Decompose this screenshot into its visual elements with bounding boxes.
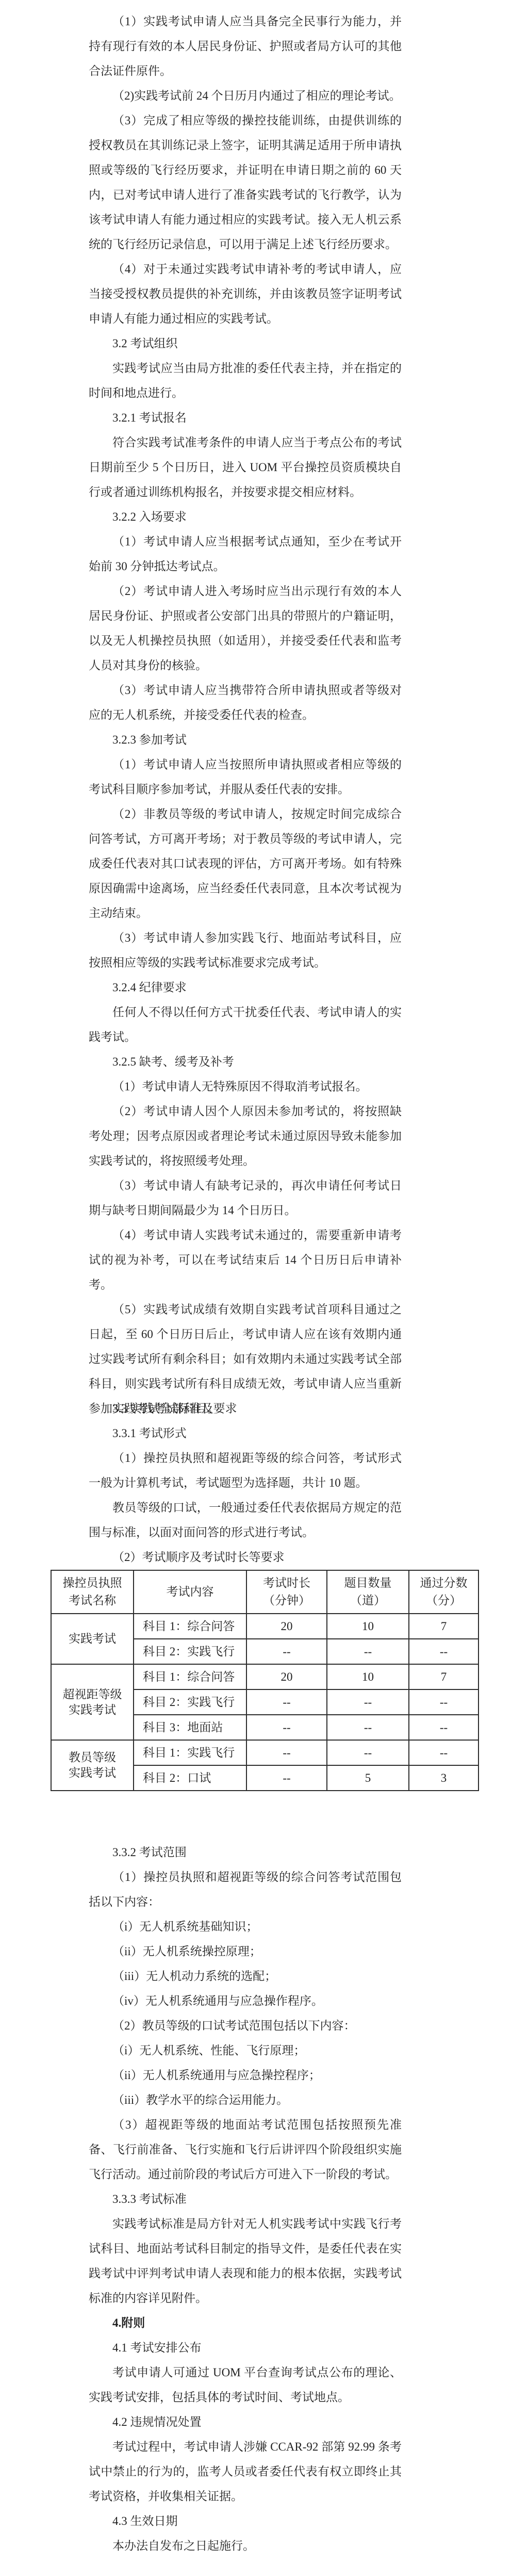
- exam-group-name: 超视距等级 实践考试: [51, 1664, 134, 1740]
- paragraph: 考试申请人可通过 UOM 平台查询考试点公布的理论、实践考试安排，包括具体的考试…: [89, 2360, 402, 2410]
- list-item: （ii）无人机系统通用与应急操控程序；: [89, 2063, 402, 2088]
- header-exam-duration: 考试时长 （分钟）: [246, 1570, 327, 1614]
- section-ground-station-scope: （3）超视距等级的地面站考试范围包括按照预先准备、飞行前准备、飞行实施和飞行后讲…: [89, 2113, 402, 2187]
- subject-cell: 科目 2：口试: [134, 1765, 246, 1791]
- section-heading: 4.2 违规情况处置: [89, 2410, 402, 2435]
- pass-score-cell: --: [409, 1715, 478, 1740]
- section-taking-exam: 3.2.3 参加考试 （1）考试申请人应当按照所申请执照或者相应等级的考试科目顺…: [89, 728, 402, 975]
- exam-group-name: 实践考试: [51, 1614, 134, 1664]
- header-exam-name: 操控员执照 考试名称: [51, 1570, 134, 1614]
- paragraph: （2)实践考试前 24 个日历月内通过了相应的理论考试。: [89, 84, 402, 108]
- pass-score-cell: 7: [409, 1614, 478, 1639]
- duration-cell: --: [246, 1689, 327, 1715]
- question-count-cell: 5: [327, 1765, 409, 1791]
- question-count-cell: 10: [327, 1614, 409, 1639]
- section-heading: 3.3.1 考试形式: [89, 1421, 402, 1446]
- paragraph: （1）操控员执照和超视距等级的综合问答考试范围包括以下内容：: [89, 1865, 402, 1914]
- paragraph: （1）实践考试申请人应当具备完全民事行为能力，并持有现行有效的本人居民身份证、护…: [89, 9, 402, 84]
- header-exam-content: 考试内容: [134, 1570, 246, 1614]
- list-item: （ii）无人机系统操控原理；: [89, 1939, 402, 1964]
- paragraph: （1）考试申请人无特殊原因不得取消考试报名。: [89, 1074, 402, 1099]
- paragraph: 实践考试应当由局方批准的委任代表主持，并在指定的时间和地点进行。: [89, 356, 402, 406]
- section-heading: 3.2.5 缺考、缓考及补考: [89, 1050, 402, 1074]
- paragraph: （4）对于未通过实践考试申请补考的考试申请人，应当接受授权教员提供的补充训练，并…: [89, 257, 402, 331]
- section-heading: 3.2.2 入场要求: [89, 505, 402, 529]
- question-count-cell: 10: [327, 1664, 409, 1689]
- duration-cell: --: [246, 1740, 327, 1765]
- pass-score-cell: --: [409, 1740, 478, 1765]
- paragraph: （2）考试申请人进入考场时应当出示现行有效的本人居民身份证、护照或者公安部门出具…: [89, 579, 402, 678]
- subject-cell: 科目 1：综合问答: [134, 1614, 246, 1639]
- section-exam-registration: 3.2.1 考试报名 符合实践考试准考条件的申请人应当于考点公布的考试日期前至少…: [89, 406, 402, 505]
- duration-cell: --: [246, 1715, 327, 1740]
- document-page: （1）实践考试申请人应当具备完全民事行为能力，并持有现行有效的本人居民身份证、护…: [0, 0, 528, 2576]
- list-item: （iv）无人机系统通用与应急操作程序。: [89, 1989, 402, 2014]
- table-row: 教员等级 实践考试 科目 1：实践飞行 -- -- --: [51, 1740, 478, 1765]
- paragraph: 任何人不得以任何方式干扰委任代表、考试申请人的实践考试。: [89, 1000, 402, 1050]
- paragraph: 符合实践考试准考条件的申请人应当于考点公布的考试日期前至少 5 个日历日，进入 …: [89, 430, 402, 505]
- paragraph: （3）考试申请人有缺考记录的，再次申请任何考试日期与缺考日期间隔最少为 14 个…: [89, 1173, 402, 1223]
- section-effective-date: 4.3 生效日期 本办法自发布之日起施行。: [89, 2509, 402, 2558]
- exam-group-name: 教员等级 实践考试: [51, 1740, 134, 1791]
- pass-score-cell: --: [409, 1689, 478, 1715]
- section-exam-standards-requirements: 3.3 实践考试标准及要求 3.3.1 考试形式 （1）操控员执照和超视距等级的…: [89, 1396, 402, 1570]
- list-item: （iii）无人机动力系统的选配；: [89, 1964, 402, 1989]
- paragraph: （1）操控员执照和超视距等级的综合问答，考试形式一般为计算机考试，考试题型为选择…: [89, 1446, 402, 1495]
- pass-score-cell: 7: [409, 1664, 478, 1689]
- list-item: （iii）教学水平的综合运用能力。: [89, 2088, 402, 2113]
- list-item: （i）无人机系统、性能、飞行原理；: [89, 2038, 402, 2063]
- section-schedule-publication: 4.1 考试安排公布 考试申请人可通过 UOM 平台查询考试点公布的理论、实践考…: [89, 2336, 402, 2410]
- section-conditions: （1）实践考试申请人应当具备完全民事行为能力，并持有现行有效的本人居民身份证、护…: [89, 9, 402, 331]
- section-oral-exam-scope: （2）教员等级的口试考试范围包括以下内容： （i）无人机系统、性能、飞行原理； …: [89, 2014, 402, 2113]
- paragraph: （2）考试顺序及考试时长等要求: [89, 1545, 402, 1570]
- paragraph: 本办法自发布之日起施行。: [89, 2534, 402, 2558]
- pass-score-cell: --: [409, 1639, 478, 1664]
- duration-cell: --: [246, 1765, 327, 1791]
- paragraph: 实践考试标准是局方针对无人机实践考试中实践飞行考试科目、地面站考试科目制定的指导…: [89, 2212, 402, 2311]
- section-supplementary: 4.附则: [89, 2311, 402, 2336]
- paragraph: （4）考试申请人实践考试未通过的，需要重新申请考试的视为补考，可以在考试结束后 …: [89, 1223, 402, 1297]
- table-row: 实践考试 科目 1：综合问答 20 10 7: [51, 1614, 478, 1639]
- header-question-count: 题目数量 （道）: [327, 1570, 409, 1614]
- paragraph: （1）考试申请人应当按照所申请执照或者相应等级的考试科目顺序参加考试，并服从委任…: [89, 752, 402, 802]
- duration-cell: 20: [246, 1664, 327, 1689]
- section-heading: 4.3 生效日期: [89, 2509, 402, 2534]
- paragraph: （3）超视距等级的地面站考试范围包括按照预先准备、飞行前准备、飞行实施和飞行后讲…: [89, 2113, 402, 2187]
- subject-cell: 科目 1：综合问答: [134, 1664, 246, 1689]
- question-count-cell: --: [327, 1639, 409, 1664]
- question-count-cell: --: [327, 1715, 409, 1740]
- section-heading: 3.3.3 考试标准: [89, 2187, 402, 2212]
- header-pass-score: 通过分数 （分）: [409, 1570, 478, 1614]
- section-discipline: 3.2.4 纪律要求 任何人不得以任何方式干扰委任代表、考试申请人的实践考试。: [89, 975, 402, 1050]
- pass-score-cell: 3: [409, 1765, 478, 1791]
- section-exam-standard: 3.3.3 考试标准 实践考试标准是局方针对无人机实践考试中实践飞行考试科目、地…: [89, 2187, 402, 2311]
- section-entry-requirements: 3.2.2 入场要求 （1）考试申请人应当根据考试点通知，至少在考试开始前 30…: [89, 505, 402, 728]
- section-heading: 3.2.1 考试报名: [89, 406, 402, 430]
- exam-schedule-table: 操控员执照 考试名称 考试内容 考试时长 （分钟） 题目数量 （道） 通过分数 …: [51, 1570, 479, 1791]
- paragraph: （2）非教员等级的考试申请人，按规定时间完成综合问答考试，方可离开考场；对于教员…: [89, 802, 402, 926]
- section-heading: 4.1 考试安排公布: [89, 2336, 402, 2360]
- duration-cell: --: [246, 1639, 327, 1664]
- section-heading: 3.2.3 参加考试: [89, 728, 402, 752]
- subject-cell: 科目 2：实践飞行: [134, 1689, 246, 1715]
- paragraph: （2）教员等级的口试考试范围包括以下内容：: [89, 2014, 402, 2038]
- section-exam-scope: 3.3.2 考试范围 （1）操控员执照和超视距等级的综合问答考试范围包括以下内容…: [89, 1840, 402, 2014]
- paragraph: 教员等级的口试，一般通过委任代表依据局方规定的范围与标准，以面对面问答的形式进行…: [89, 1495, 402, 1545]
- section-heading: 3.2.4 纪律要求: [89, 975, 402, 1000]
- paragraph: （1）考试申请人应当根据考试点通知，至少在考试开始前 30 分钟抵达考试点。: [89, 529, 402, 579]
- question-count-cell: --: [327, 1740, 409, 1765]
- section-violation-handling: 4.2 违规情况处置 考试过程中，考试申请人涉嫌 CCAR-92 部第 92.9…: [89, 2410, 402, 2509]
- subject-cell: 科目 2：实践飞行: [134, 1639, 246, 1664]
- section-heading: 3.3.2 考试范围: [89, 1840, 402, 1865]
- chapter-heading: 4.附则: [89, 2311, 402, 2336]
- section-exam-organization: 3.2 考试组织 实践考试应当由局方批准的委任代表主持，并在指定的时间和地点进行…: [89, 331, 402, 406]
- subject-cell: 科目 3：地面站: [134, 1715, 246, 1740]
- list-item: （i）无人机系统基础知识；: [89, 1914, 402, 1939]
- paragraph: （3）考试申请人参加实践飞行、地面站考试科目，应按照相应等级的实践考试标准要求完…: [89, 926, 402, 975]
- paragraph: （3）完成了相应等级的操控技能训练，由提供训练的授权教员在其训练记录上签字，证明…: [89, 108, 402, 257]
- table-header-row: 操控员执照 考试名称 考试内容 考试时长 （分钟） 题目数量 （道） 通过分数 …: [51, 1570, 478, 1614]
- paragraph: （3）考试申请人应当携带符合所申请执照或者等级对应的无人机系统，并接受委任代表的…: [89, 678, 402, 728]
- paragraph: 考试过程中，考试申请人涉嫌 CCAR-92 部第 92.99 条考试中禁止的行为…: [89, 2435, 402, 2509]
- duration-cell: 20: [246, 1614, 327, 1639]
- paragraph: （2）考试申请人因个人原因未参加考试的，将按照缺考处理；因考点原因或者理论考试未…: [89, 1099, 402, 1173]
- section-heading: 3.3 实践考试标准及要求: [89, 1396, 402, 1421]
- section-absence-retake: 3.2.5 缺考、缓考及补考 （1）考试申请人无特殊原因不得取消考试报名。 （2…: [89, 1050, 402, 1421]
- subject-cell: 科目 1：实践飞行: [134, 1740, 246, 1765]
- section-heading: 3.2 考试组织: [89, 331, 402, 356]
- table-row: 超视距等级 实践考试 科目 1：综合问答 20 10 7: [51, 1664, 478, 1689]
- question-count-cell: --: [327, 1689, 409, 1715]
